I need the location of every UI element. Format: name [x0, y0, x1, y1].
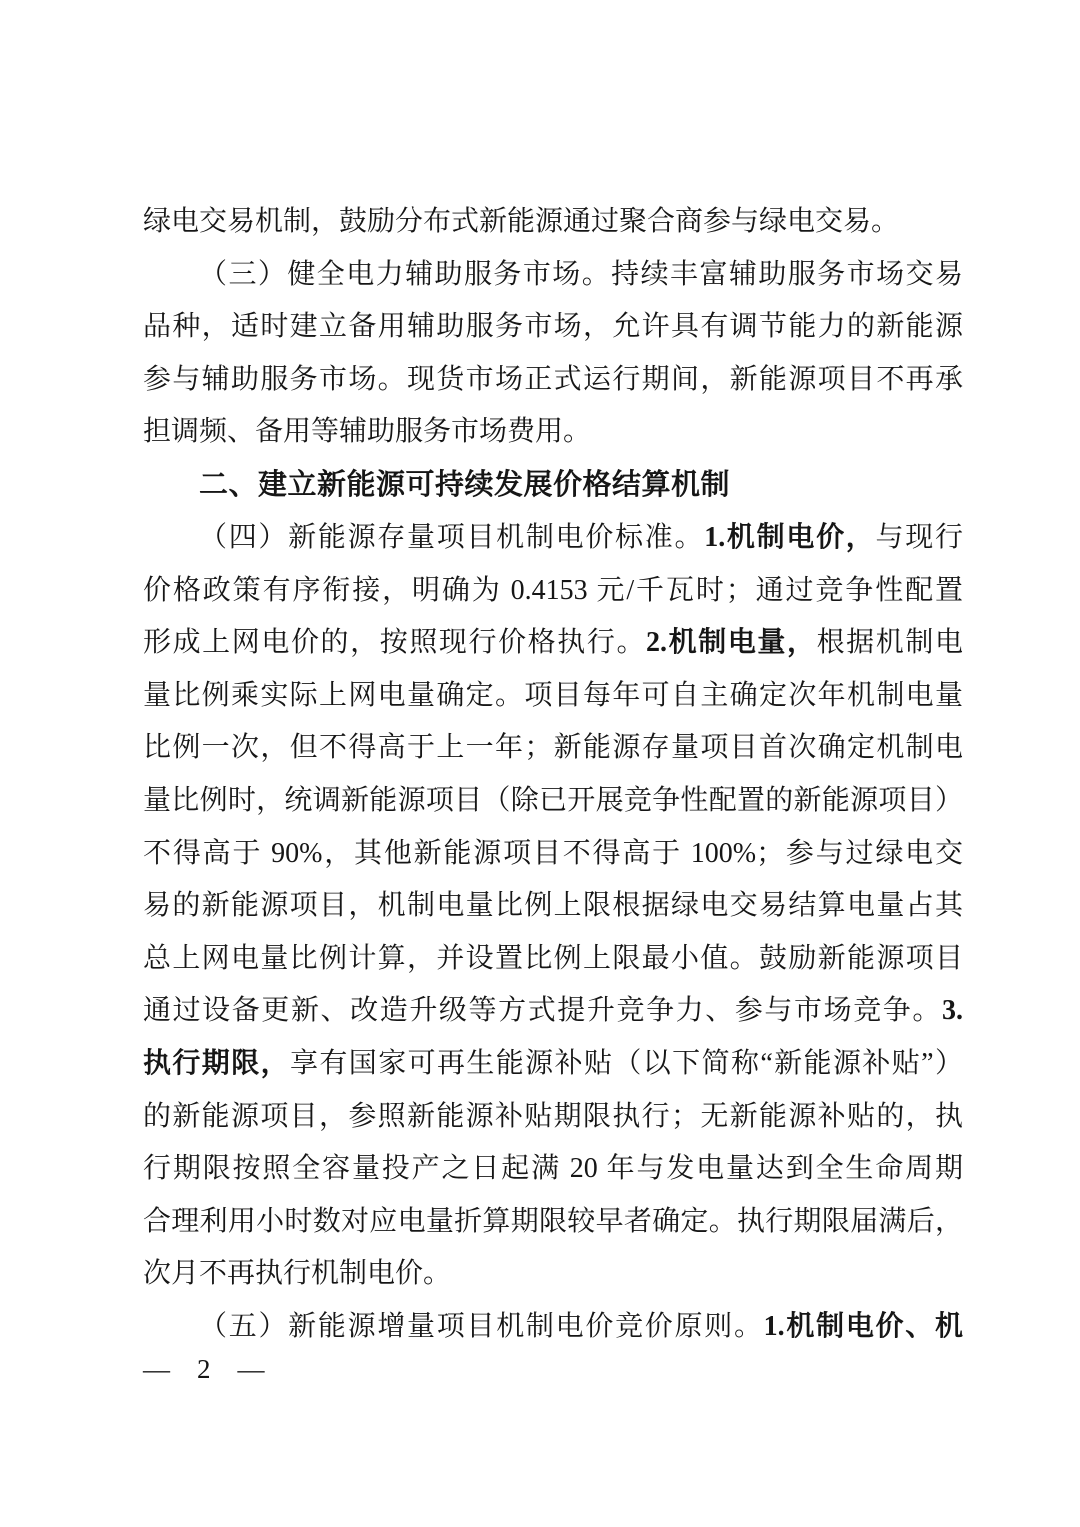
text-line: 不得高于 90%，其他新能源项目不得高于 100%；参与过绿电交: [143, 828, 963, 881]
text-line: （五）新能源增量项目机制电价竞价原则。1.机制电价、机: [143, 1301, 963, 1354]
text-segment: 量比例时，统调新能源项目（除已开展竞争性配置的新能源项目）: [143, 785, 963, 816]
text-segment: 总上网电量比例计算，并设置比例上限最小值。鼓励新能源项目: [143, 943, 963, 974]
text-line: 行期限按照全容量投产之日起满 20 年与发电量达到全生命周期: [143, 1143, 963, 1196]
text-segment: 1.机制电价，: [704, 522, 875, 553]
text-segment: 享有国家可再生能源补贴（以下简称“新能源补贴”）: [290, 1048, 963, 1079]
text-line: （四）新能源存量项目机制电价标准。1.机制电价，与现行: [143, 512, 963, 565]
text-segment: 量比例乘实际上网电量确定。项目每年可自主确定次年机制电量: [143, 680, 963, 711]
text-segment: 3.: [942, 995, 963, 1026]
text-line: 量比例时，统调新能源项目（除已开展竞争性配置的新能源项目）: [143, 775, 963, 828]
text-segment: 1.机制电价、机: [764, 1311, 963, 1342]
text-segment: （五）新能源增量项目机制电价竞价原则。: [199, 1311, 764, 1342]
text-segment: （三）健全电力辅助服务市场。: [199, 259, 611, 290]
text-line: 绿电交易机制，鼓励分布式新能源通过聚合商参与绿电交易。: [143, 196, 963, 249]
text-line: 量比例乘实际上网电量确定。项目每年可自主确定次年机制电量: [143, 670, 963, 723]
text-segment: 的新能源项目，参照新能源补贴期限执行；无新能源补贴的，执: [143, 1101, 963, 1132]
text-line: 总上网电量比例计算，并设置比例上限最小值。鼓励新能源项目: [143, 933, 963, 986]
text-line: 品种，适时建立备用辅助服务市场，允许具有调节能力的新能源: [143, 301, 963, 354]
text-line: 次月不再执行机制电价。: [143, 1248, 963, 1301]
text-line: 担调频、备用等辅助服务市场费用。: [143, 406, 963, 459]
text-line: 的新能源项目，参照新能源补贴期限执行；无新能源补贴的，执: [143, 1091, 963, 1144]
page-number: — 2 —: [143, 1354, 265, 1384]
text-segment: 二、建立新能源可持续发展价格结算机制: [199, 469, 730, 501]
text-segment: 行期限按照全容量投产之日起满 20 年与发电量达到全生命周期: [143, 1153, 963, 1184]
text-segment: 执行期限，: [143, 1048, 290, 1079]
text-segment: 价格政策有序衔接，明确为 0.4153 元/千瓦时；通过竞争性配置: [143, 575, 963, 606]
text-line: 形成上网电价的，按照现行价格执行。2.机制电量，根据机制电: [143, 617, 963, 670]
text-line: 通过设备更新、改造升级等方式提升竞争力、参与市场竞争。3.: [143, 985, 963, 1038]
text-line: （三）健全电力辅助服务市场。持续丰富辅助服务市场交易: [143, 249, 963, 302]
text-line: 执行期限，享有国家可再生能源补贴（以下简称“新能源补贴”）: [143, 1038, 963, 1091]
text-segment: （四）新能源存量项目机制电价标准。: [199, 522, 704, 553]
text-segment: 次月不再执行机制电价。: [143, 1258, 451, 1289]
text-segment: 持续丰富辅助服务市场交易: [611, 259, 963, 290]
document-page: 绿电交易机制，鼓励分布式新能源通过聚合商参与绿电交易。（三）健全电力辅助服务市场…: [0, 0, 1080, 1527]
text-segment: 易的新能源项目，机制电量比例上限根据绿电交易结算电量占其: [143, 890, 963, 921]
text-segment: 2.机制电量，: [646, 627, 817, 658]
section-heading: 二、建立新能源可持续发展价格结算机制: [143, 459, 963, 512]
text-segment: 担调频、备用等辅助服务市场费用。: [143, 416, 591, 447]
text-segment: 参与辅助服务市场。现货市场正式运行期间，新能源项目不再承: [143, 364, 963, 395]
text-segment: 根据机制电: [817, 627, 963, 658]
text-segment: 不得高于 90%，其他新能源项目不得高于 100%；参与过绿电交: [143, 838, 963, 869]
text-line: 参与辅助服务市场。现货市场正式运行期间，新能源项目不再承: [143, 354, 963, 407]
text-segment: 品种，适时建立备用辅助服务市场，允许具有调节能力的新能源: [143, 311, 963, 342]
text-line: 易的新能源项目，机制电量比例上限根据绿电交易结算电量占其: [143, 880, 963, 933]
text-segment: 绿电交易机制，鼓励分布式新能源通过聚合商参与绿电交易。: [143, 206, 899, 237]
text-line: 价格政策有序衔接，明确为 0.4153 元/千瓦时；通过竞争性配置: [143, 565, 963, 618]
text-segment: 与现行: [876, 522, 963, 553]
text-segment: 合理利用小时数对应电量折算期限较早者确定。执行期限届满后，: [143, 1206, 963, 1237]
document-body: 绿电交易机制，鼓励分布式新能源通过聚合商参与绿电交易。（三）健全电力辅助服务市场…: [143, 196, 963, 1353]
text-segment: 形成上网电价的，按照现行价格执行。: [143, 627, 646, 658]
text-segment: 比例一次，但不得高于上一年；新能源存量项目首次确定机制电: [143, 732, 963, 763]
text-line: 合理利用小时数对应电量折算期限较早者确定。执行期限届满后，: [143, 1196, 963, 1249]
text-line: 比例一次，但不得高于上一年；新能源存量项目首次确定机制电: [143, 722, 963, 775]
text-segment: 通过设备更新、改造升级等方式提升竞争力、参与市场竞争。: [143, 995, 942, 1026]
